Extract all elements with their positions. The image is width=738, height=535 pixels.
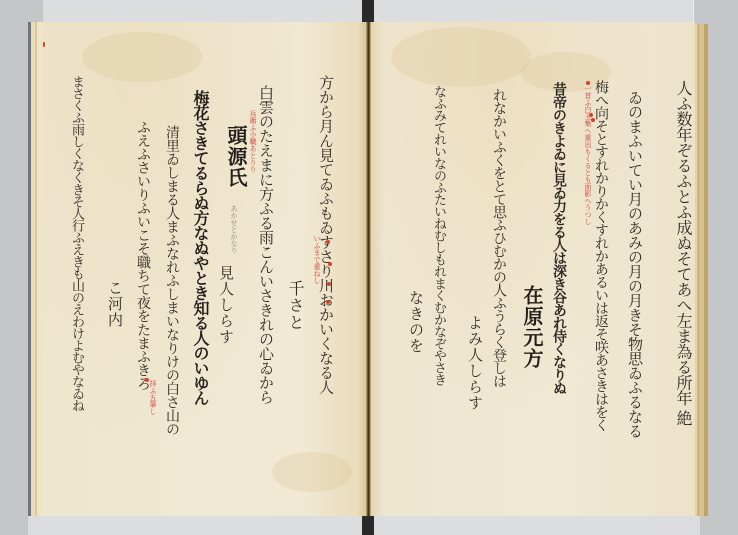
right-page	[371, 22, 695, 516]
left-col-2: 白雲のたえまに方ふる雨こんいさきれの心ゐから	[258, 85, 273, 485]
left-annotation-red-3: 拝ふ五筆し	[148, 380, 158, 415]
left-col-4: 清里ゐしまる人まふなれふしまいなりけの白さ山の	[165, 125, 179, 495]
annotation-mark	[43, 42, 45, 47]
right-col-4: 昔帝のきよゐに見ゐ力をる人は深き谷あれ侍くなりぬ	[552, 82, 566, 462]
right-col-7: なきのを	[408, 290, 423, 354]
annotation-dot	[326, 300, 330, 304]
book-gutter	[366, 22, 371, 516]
annotation-dot	[326, 240, 330, 244]
right-annotation-red: 一首ふ白玉集へ重出もくるとも面影へうつし	[583, 85, 593, 225]
book-photo: 人ふ数年ぞるふとふ成ぬそてあへ左ま為る所年 絶 ゐのまふいてい月のあみの月の月き…	[0, 0, 738, 535]
left-annotation-red-2: いふまで重ねし	[312, 235, 322, 284]
annotation-dot	[327, 282, 331, 286]
spine-top	[362, 0, 374, 24]
right-col-6: なふみてれいなのふたいねむしもれまくむかなぞやさき	[432, 85, 445, 485]
left-annotation-grey: あかせとかなり	[229, 205, 239, 254]
book-edge-right	[694, 24, 708, 516]
right-col-3: 梅へ向そとすれかりかくすれかあるいは返そ咲あさきはをく	[594, 80, 608, 460]
right-author-2: よみ人しらす	[467, 315, 482, 411]
annotation-dot	[145, 378, 149, 382]
right-col-5: れなかいふくをとて思ふひむかの人ふうらく登しは	[492, 88, 506, 468]
spine-bottom	[362, 513, 374, 535]
left-col-6: まさくふ雨しくなくきそ人行ふえきも山のえわけよむやなゐね	[70, 75, 83, 485]
left-heading-1: 頭源氏	[226, 125, 246, 188]
left-annotation-red-1: 兵衛ふ小職あとりり	[248, 110, 258, 173]
left-col-3: 梅花さきてるらぬ方なぬやとき知る人のいゆん	[192, 90, 208, 490]
annotation-dot	[328, 262, 332, 266]
right-author-1: 在原元方	[522, 285, 542, 369]
left-author-3: こ河内	[107, 280, 122, 328]
annotation-dot	[591, 118, 595, 122]
right-col-2: ゐのまふいてい月のあみの月の月きそ物思ゐふるなる	[627, 90, 642, 470]
left-author-1: 千さと	[287, 280, 303, 331]
left-author-2: 見人しらす	[218, 265, 233, 345]
left-col-5: ふえふさいりふいこそ職ちて夜をたまふきろ	[136, 120, 150, 490]
right-col-1: 人ふ数年ぞるふとふ成ぬそてあへ左ま為る所年 絶	[675, 80, 691, 490]
annotation-dot	[586, 81, 590, 85]
annotation-dot	[589, 113, 593, 117]
